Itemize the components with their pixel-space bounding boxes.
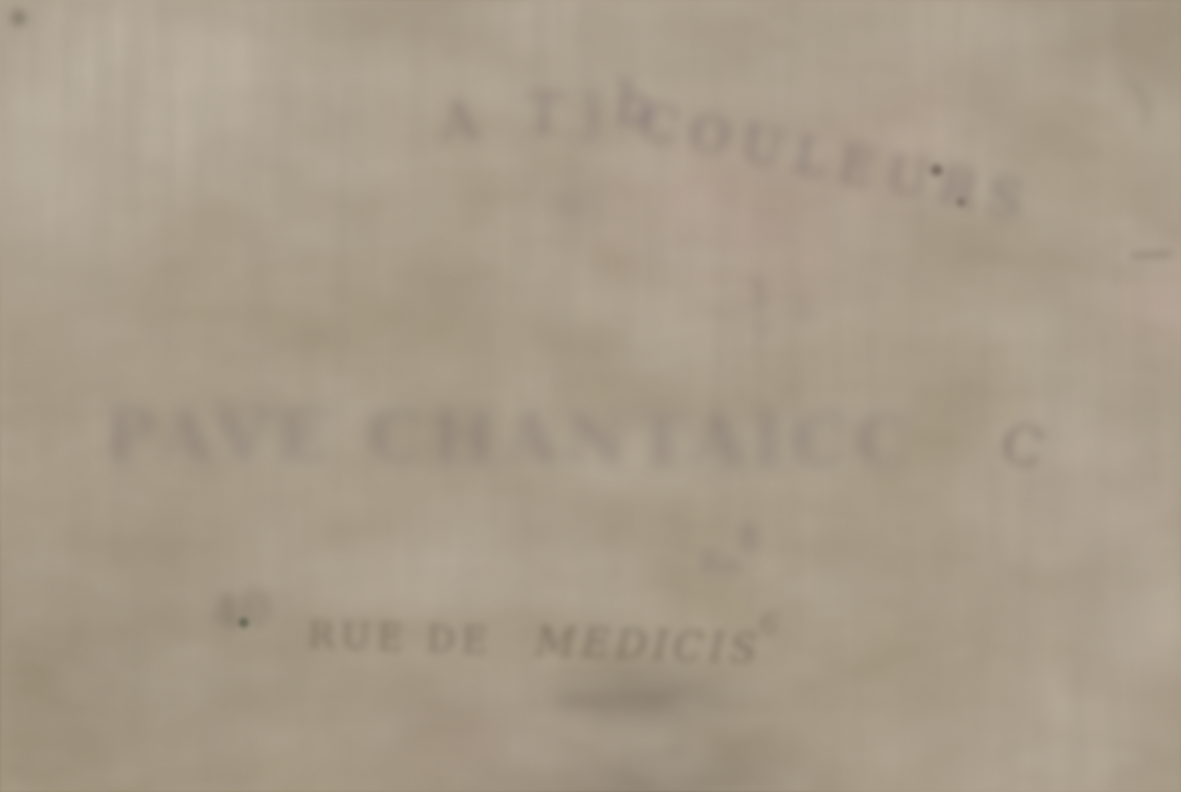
mid-purple-streak: l <box>795 282 814 329</box>
central-name-ghost-word: PAVE CHANTAICC <box>103 400 917 477</box>
second-line-smudge: w <box>552 178 597 229</box>
corner-speck: ● <box>10 6 27 26</box>
street-number-speck: ● <box>238 616 249 629</box>
address-rue-de: RUE DE <box>307 618 494 660</box>
dark-speck-2: ● <box>956 196 966 207</box>
top-line-fragment-2: T <box>525 86 564 142</box>
small-mark-ro: Ro <box>698 550 743 580</box>
top-line-fragment-1: A <box>438 95 480 150</box>
top-line-fragment-3: J <box>582 87 604 138</box>
canvas-photo: ATJbCOULEURSw37lPAVE CHANTAICC8Ro40●RUE … <box>0 0 1181 792</box>
mid-mark-7: 7 <box>742 318 773 361</box>
right-c-mark: C <box>997 416 1049 477</box>
stamp-layer: ATJbCOULEURSw37lPAVE CHANTAICC8Ro40●RUE … <box>0 0 1181 792</box>
mid-mark-3: 3 <box>742 276 767 316</box>
bottom-smudge: —— <box>555 668 676 730</box>
dark-speck-1: ● <box>930 162 943 177</box>
top-right-arc: ) <box>1118 67 1160 133</box>
right-edge-dash: — <box>1128 230 1174 276</box>
top-line-couleurs: COULEURS <box>636 96 1039 228</box>
address-trailing-mark: 6 <box>755 608 782 642</box>
